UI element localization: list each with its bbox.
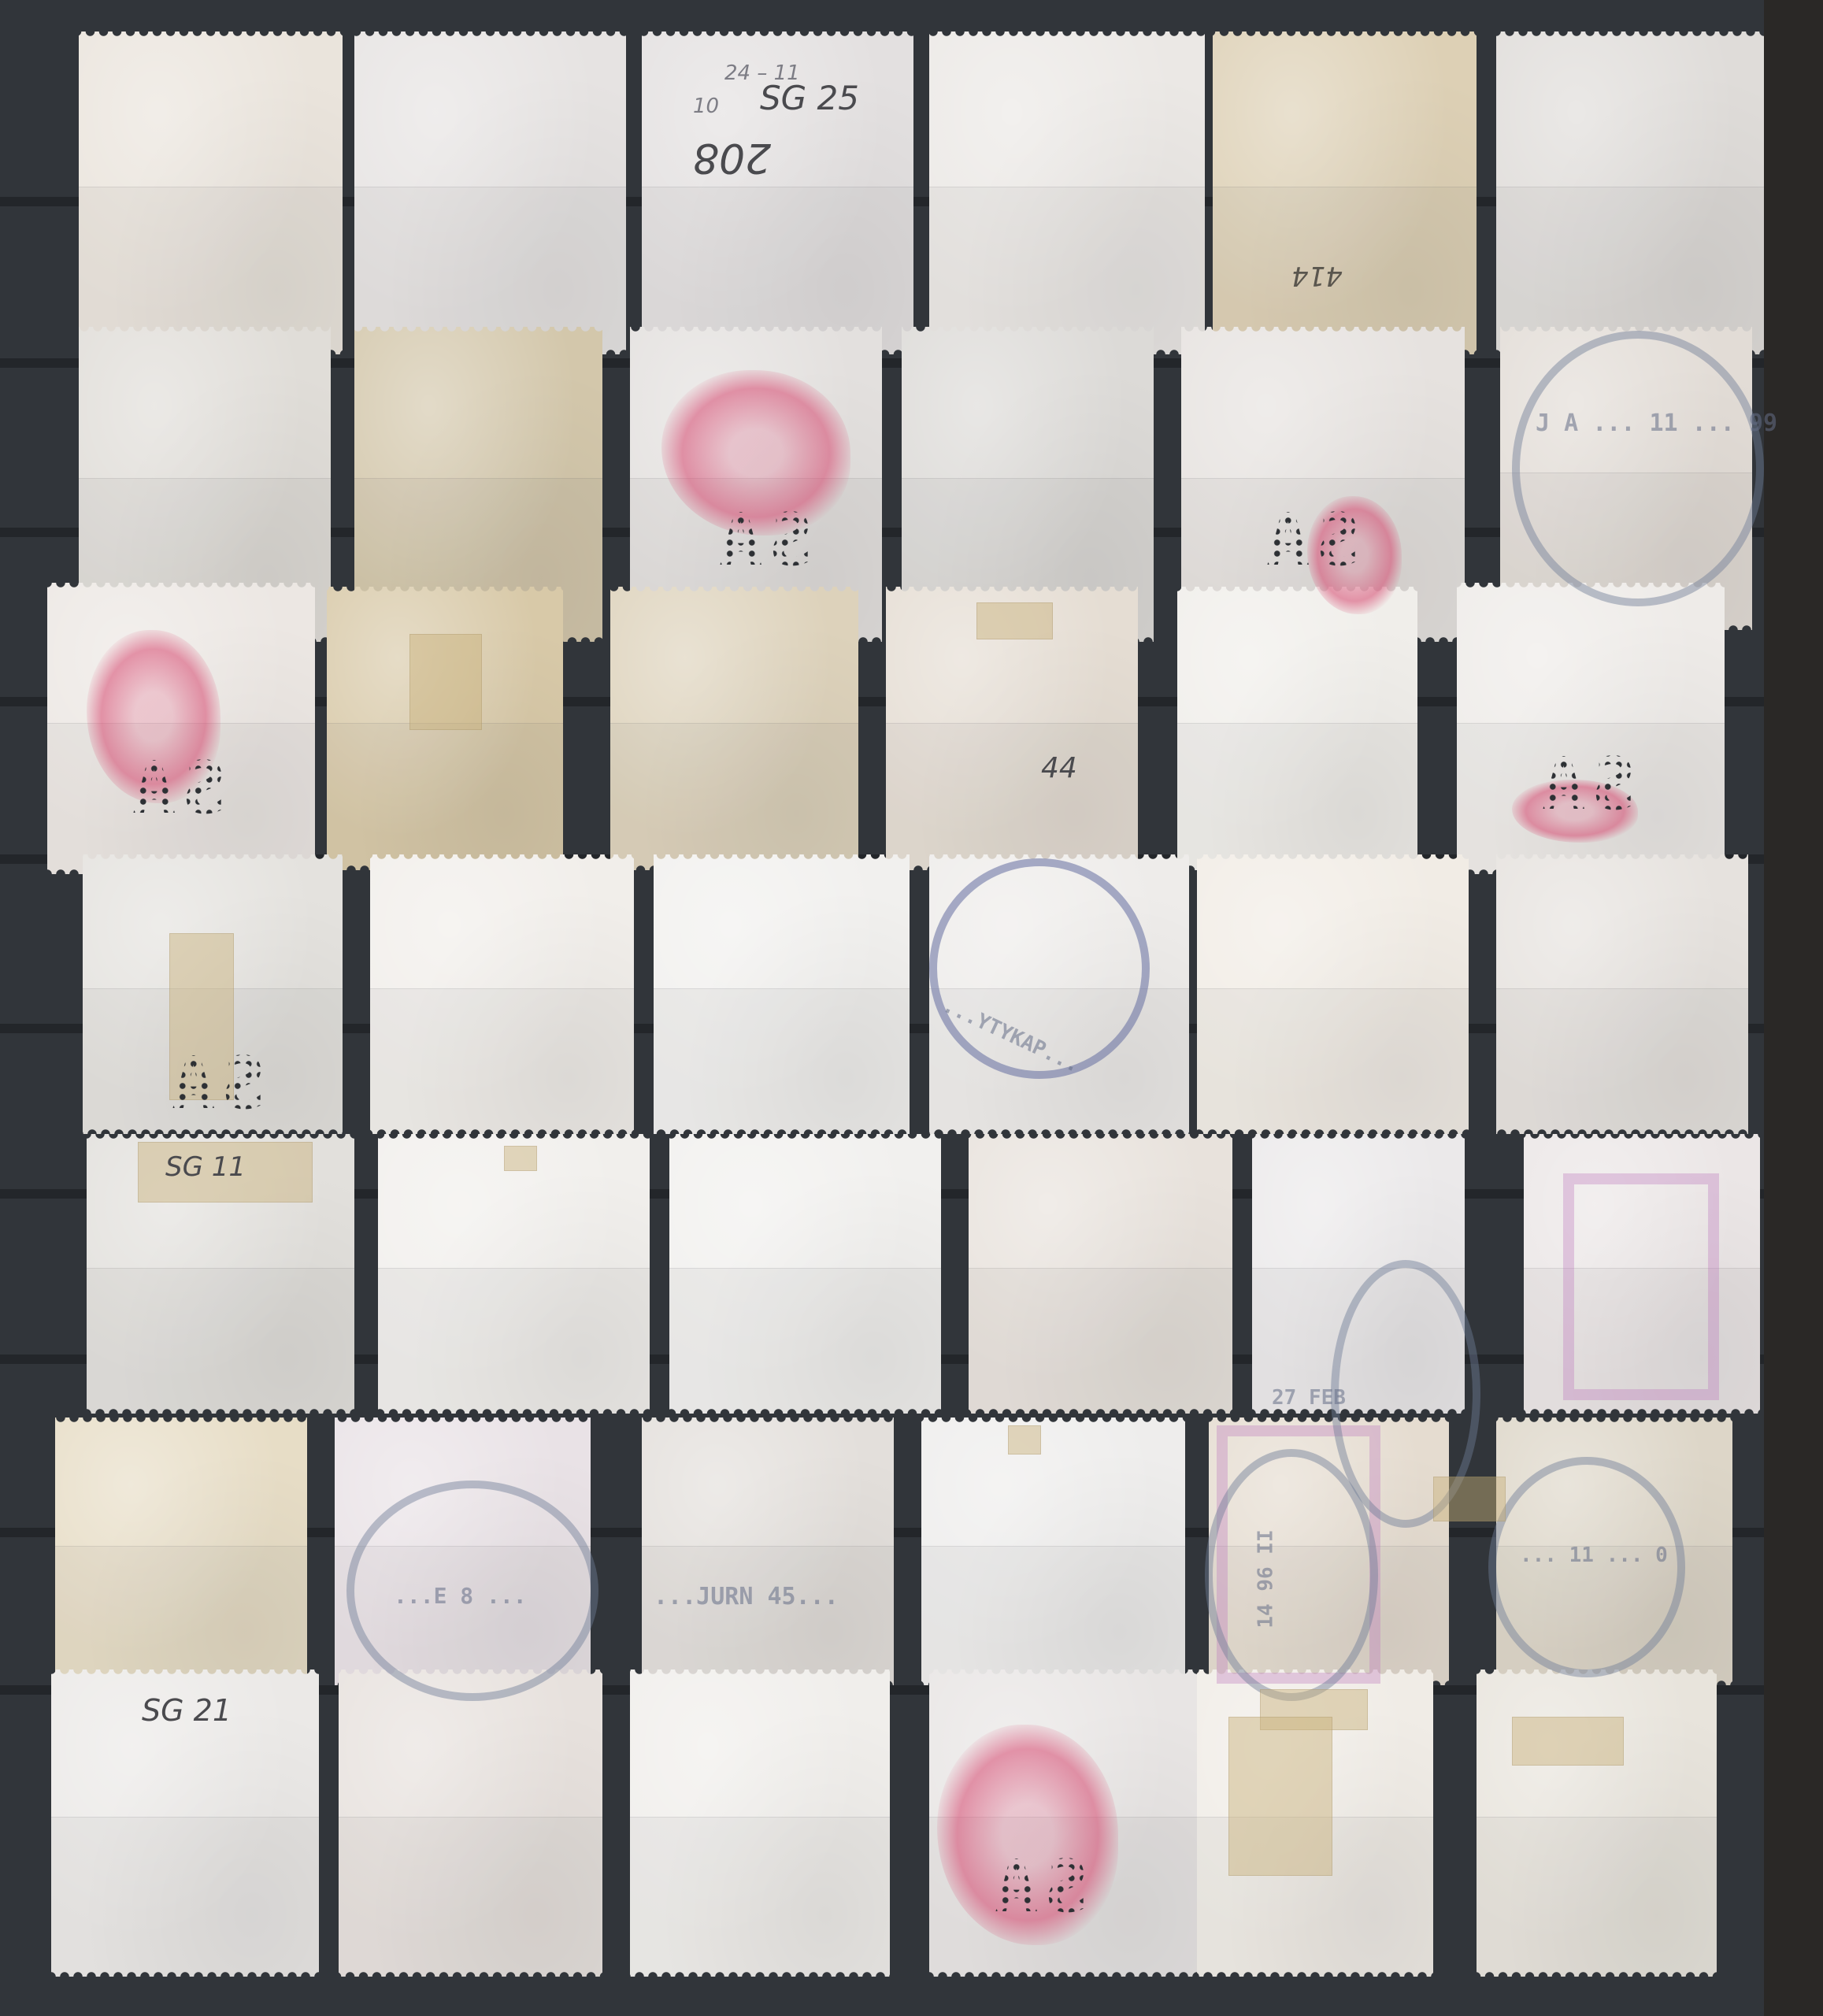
stamp-r6c1 (55, 1417, 307, 1685)
perforation-edge (1197, 854, 1202, 1134)
stamp-r1c5 (1213, 31, 1477, 354)
perforation-edge (1524, 1134, 1528, 1414)
perforation-edge (558, 587, 563, 870)
perforation-edge (669, 1134, 674, 1414)
perforation-edge (302, 1417, 307, 1685)
stock-page (0, 0, 1764, 2016)
postmark-ring (1488, 1457, 1685, 1677)
perforation-edge (929, 1669, 934, 1977)
stamp-r3c3 (610, 587, 858, 870)
perforation-edge (327, 587, 332, 870)
stamp-r1c6 (1496, 31, 1764, 354)
stamp-r5c2 (378, 1134, 650, 1414)
perforation-edge (610, 587, 615, 870)
perfin-sa: SA (126, 752, 226, 825)
perforation-edge (55, 1417, 60, 1685)
perforation-edge (936, 1134, 941, 1414)
perforation-edge (370, 854, 375, 1134)
perforation-edge (1755, 1134, 1760, 1414)
perforation-edge (51, 1669, 56, 1977)
pencil-note-sg11: SG 11 (165, 1151, 246, 1183)
stamp-hinge (504, 1146, 537, 1171)
perforation-edge (1496, 31, 1501, 354)
perforation-edge (645, 1134, 650, 1414)
stamp-r5c4 (969, 1134, 1232, 1414)
stamp-r4c2 (370, 854, 634, 1134)
perforation-edge (1200, 31, 1205, 354)
stamp-r7c2 (339, 1669, 602, 1977)
perforation-edge (87, 1134, 91, 1414)
perforation-edge (905, 854, 910, 1134)
perforation-edge (969, 1134, 973, 1414)
postmark-text: 14 96 II (1254, 1529, 1278, 1628)
stamp-r3c5 (1177, 587, 1417, 870)
stamp-hinge (1228, 1717, 1332, 1876)
postmark-text: 27 FEB (1272, 1386, 1346, 1410)
stamp-hinge (1008, 1425, 1041, 1455)
pencil-note-414: 414 (1291, 260, 1343, 291)
perfin-sa: SA (1536, 748, 1636, 821)
perforation-edge (378, 1134, 383, 1414)
stamp-r1c2 (354, 31, 626, 354)
perforation-edge (1197, 1669, 1202, 1977)
postmark-text: ...E 8 ... (394, 1583, 527, 1609)
perforation-edge (921, 1417, 926, 1685)
postmark-text: ...JURN 45... (654, 1583, 839, 1610)
stamp-r7c3 (630, 1669, 890, 1977)
perforation-edge (1413, 587, 1417, 870)
stamp-r7c6 (1477, 1669, 1717, 1977)
stamp-hinge (976, 602, 1053, 639)
postmark-text: J A ... 11 ... 99 (1536, 409, 1777, 437)
perforation-edge (1496, 854, 1501, 1134)
perforation-edge (350, 1134, 354, 1414)
perforation-edge (629, 854, 634, 1134)
perforation-edge (1213, 31, 1217, 354)
stamp-r5c3 (669, 1134, 941, 1414)
perforation-edge (1477, 1669, 1481, 1977)
postmark-ring (1512, 331, 1764, 606)
perforation-edge (47, 583, 52, 874)
pencil-note-208: 208 (693, 134, 771, 181)
perforation-edge (1252, 1134, 1257, 1414)
stamp-r1c1 (79, 31, 343, 354)
perforation-edge (1149, 327, 1154, 642)
perforation-edge (1177, 587, 1182, 870)
perforation-edge (335, 1417, 339, 1685)
perforation-edge (621, 31, 626, 354)
perforation-edge (1743, 854, 1748, 1134)
perforation-edge (889, 1417, 894, 1685)
perforation-edge (854, 587, 858, 870)
pencil-note-sg25: SG 25 (760, 79, 859, 117)
perforation-edge (1133, 587, 1138, 870)
perforation-edge (1728, 1417, 1732, 1685)
perforation-edge (338, 31, 343, 354)
perforation-edge (83, 854, 87, 1134)
perforation-edge (1464, 854, 1469, 1134)
perforation-edge (314, 1669, 319, 1977)
postmark-text: ... 11 ... 0 (1520, 1543, 1668, 1567)
stamp-r6c3 (642, 1417, 894, 1685)
perforation-edge (654, 854, 658, 1134)
stamp-r1c4 (929, 31, 1205, 354)
perforation-edge (929, 31, 934, 354)
perforation-edge (1228, 1134, 1232, 1414)
perforation-edge (1472, 31, 1477, 354)
perforation-edge (598, 327, 602, 642)
stamp-r6c4 (921, 1417, 1185, 1685)
violet-print-frame (1563, 1173, 1719, 1400)
perforation-edge (598, 1669, 602, 1977)
perforation-edge (1184, 854, 1189, 1134)
pencil-note-44: 44 (1041, 752, 1077, 784)
pencil-note-sg21: SG 21 (142, 1693, 232, 1728)
perforation-edge (1180, 1417, 1185, 1685)
perforation-edge (338, 854, 343, 1134)
perforation-edge (642, 31, 647, 354)
stamp-hinge (409, 634, 482, 730)
perforation-edge (310, 583, 315, 874)
perforation-edge (339, 1669, 343, 1977)
perforation-edge (877, 327, 882, 642)
stamp-r4c3 (654, 854, 910, 1134)
perforation-edge (630, 1669, 635, 1977)
postmark-ring (1205, 1449, 1378, 1701)
perforation-edge (1428, 1669, 1433, 1977)
perforation-edge (79, 31, 83, 354)
perforation-edge (909, 31, 913, 354)
perforation-edge (886, 587, 891, 870)
perfin-sa: SA (1260, 504, 1360, 576)
perforation-edge (1720, 583, 1725, 874)
perforation-edge (1712, 1669, 1717, 1977)
perforation-edge (1457, 583, 1462, 874)
perforation-edge (642, 1417, 647, 1685)
perfin-sa: SA (713, 504, 813, 576)
perforation-edge (885, 1669, 890, 1977)
stamp-r4c6 (1496, 854, 1748, 1134)
stamp-hinge (1433, 1477, 1506, 1521)
stamp-r4c5 (1197, 854, 1469, 1134)
perforation-edge (354, 31, 359, 354)
stamp-hinge (1512, 1717, 1624, 1766)
page-edge (1764, 0, 1823, 2016)
pencil-note-ten: 10 (693, 94, 719, 118)
perfin-sa: SA (988, 1851, 1088, 1923)
perfin-sa: SA (165, 1047, 265, 1120)
